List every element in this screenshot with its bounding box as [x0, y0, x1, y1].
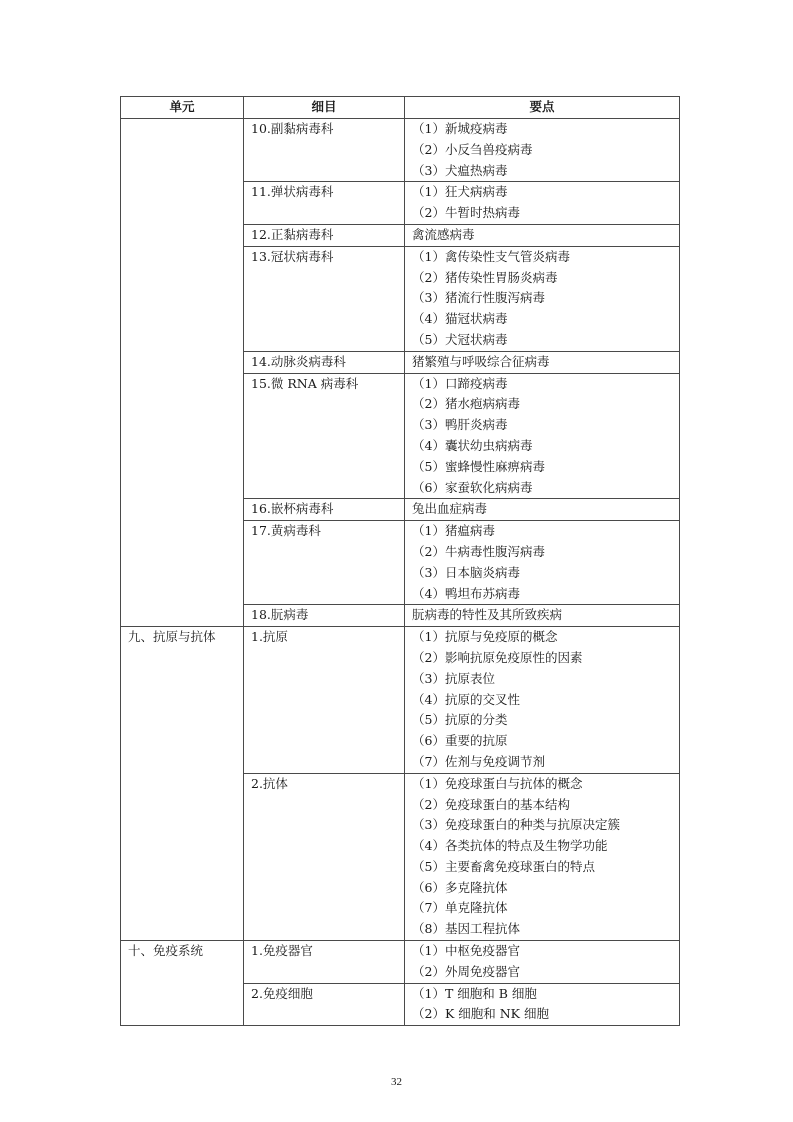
syllabus-table: 单元 细目 要点 10.副黏病毒科（1）新城疫病毒（2）小反刍兽疫病毒（3）犬瘟… — [120, 96, 680, 1026]
points-cell: （1）猪瘟病毒（2）牛病毒性腹泻病毒（3）日本脑炎病毒（4）鸭坦布苏病毒 — [405, 521, 680, 605]
header-item: 细目 — [244, 97, 405, 119]
point-item: （1）T 细胞和 B 细胞 — [412, 984, 679, 1005]
item-cell: 14.动脉炎病毒科 — [244, 351, 405, 373]
item-cell: 1.抗原 — [244, 627, 405, 774]
point-item: （1）口蹄疫病毒 — [412, 374, 679, 395]
point-item: （2）外周免疫器官 — [412, 962, 679, 983]
point-item: （6）多克隆抗体 — [412, 878, 679, 899]
point-item: （2）猪传染性胃肠炎病毒 — [412, 268, 679, 289]
points-cell: （1）T 细胞和 B 细胞（2）K 细胞和 NK 细胞 — [405, 983, 680, 1026]
point-item: （2）猪水疱病病毒 — [412, 394, 679, 415]
header-points: 要点 — [405, 97, 680, 119]
unit-cell — [121, 119, 244, 627]
point-item: （2）牛病毒性腹泻病毒 — [412, 542, 679, 563]
points-cell: 猪繁殖与呼吸综合征病毒 — [405, 351, 680, 373]
point-item: （3）日本脑炎病毒 — [412, 563, 679, 584]
points-cell: （1）中枢免疫器官（2）外周免疫器官 — [405, 941, 680, 984]
point-item: 兔出血症病毒 — [412, 499, 679, 520]
point-item: 禽流感病毒 — [412, 225, 679, 246]
point-item: （3）猪流行性腹泻病毒 — [412, 288, 679, 309]
point-item: （6）重要的抗原 — [412, 731, 679, 752]
point-item: （1）中枢免疫器官 — [412, 941, 679, 962]
point-item: （3）犬瘟热病毒 — [412, 161, 679, 182]
unit-cell: 九、抗原与抗体 — [121, 627, 244, 941]
points-cell: （1）狂犬病病毒（2）牛暂时热病毒 — [405, 182, 680, 225]
point-item: （4）囊状幼虫病病毒 — [412, 436, 679, 457]
item-cell: 17.黄病毒科 — [244, 521, 405, 605]
point-item: （1）抗原与免疫原的概念 — [412, 627, 679, 648]
points-cell: （1）新城疫病毒（2）小反刍兽疫病毒（3）犬瘟热病毒 — [405, 119, 680, 182]
item-cell: 18.朊病毒 — [244, 605, 405, 627]
point-item: （2）小反刍兽疫病毒 — [412, 140, 679, 161]
point-item: （1）猪瘟病毒 — [412, 521, 679, 542]
header-row: 单元 细目 要点 — [121, 97, 680, 119]
item-cell: 12.正黏病毒科 — [244, 224, 405, 246]
item-cell: 10.副黏病毒科 — [244, 119, 405, 182]
points-cell: 禽流感病毒 — [405, 224, 680, 246]
point-item: 猪繁殖与呼吸综合征病毒 — [412, 352, 679, 373]
page-number: 32 — [0, 1076, 793, 1088]
item-cell: 13.冠状病毒科 — [244, 246, 405, 351]
table-row: 十、免疫系统1.免疫器官（1）中枢免疫器官（2）外周免疫器官 — [121, 941, 680, 984]
point-item: （3）免疫球蛋白的种类与抗原决定簇 — [412, 815, 679, 836]
point-item: （1）免疫球蛋白与抗体的概念 — [412, 774, 679, 795]
point-item: （4）鸭坦布苏病毒 — [412, 584, 679, 605]
item-cell: 16.嵌杯病毒科 — [244, 499, 405, 521]
point-item: （2）牛暂时热病毒 — [412, 203, 679, 224]
point-item: （5）蜜蜂慢性麻痹病毒 — [412, 457, 679, 478]
item-cell: 2.免疫细胞 — [244, 983, 405, 1026]
points-cell: 朊病毒的特性及其所致疾病 — [405, 605, 680, 627]
table-body: 10.副黏病毒科（1）新城疫病毒（2）小反刍兽疫病毒（3）犬瘟热病毒11.弹状病… — [121, 119, 680, 1026]
item-cell: 11.弹状病毒科 — [244, 182, 405, 225]
points-cell: （1）口蹄疫病毒（2）猪水疱病病毒（3）鸭肝炎病毒（4）囊状幼虫病病毒（5）蜜蜂… — [405, 373, 680, 499]
point-item: （2）K 细胞和 NK 细胞 — [412, 1004, 679, 1025]
unit-cell: 十、免疫系统 — [121, 941, 244, 1026]
point-item: （2）影响抗原免疫原性的因素 — [412, 648, 679, 669]
point-item: （7）佐剂与免疫调节剂 — [412, 752, 679, 773]
point-item: （2）免疫球蛋白的基本结构 — [412, 795, 679, 816]
point-item: （8）基因工程抗体 — [412, 919, 679, 940]
point-item: （6）家蚕软化病病毒 — [412, 478, 679, 499]
point-item: （5）抗原的分类 — [412, 710, 679, 731]
point-item: （1）狂犬病病毒 — [412, 182, 679, 203]
point-item: 朊病毒的特性及其所致疾病 — [412, 605, 679, 626]
table-row: 九、抗原与抗体1.抗原（1）抗原与免疫原的概念（2）影响抗原免疫原性的因素（3）… — [121, 627, 680, 774]
point-item: （4）各类抗体的特点及生物学功能 — [412, 836, 679, 857]
point-item: （5）犬冠状病毒 — [412, 330, 679, 351]
item-cell: 2.抗体 — [244, 773, 405, 940]
header-unit: 单元 — [121, 97, 244, 119]
points-cell: （1）抗原与免疫原的概念（2）影响抗原免疫原性的因素（3）抗原表位（4）抗原的交… — [405, 627, 680, 774]
point-item: （7）单克隆抗体 — [412, 898, 679, 919]
point-item: （5）主要畜禽免疫球蛋白的特点 — [412, 857, 679, 878]
points-cell: 兔出血症病毒 — [405, 499, 680, 521]
table-row: 10.副黏病毒科（1）新城疫病毒（2）小反刍兽疫病毒（3）犬瘟热病毒 — [121, 119, 680, 182]
point-item: （4）抗原的交叉性 — [412, 690, 679, 711]
point-item: （3）抗原表位 — [412, 669, 679, 690]
point-item: （3）鸭肝炎病毒 — [412, 415, 679, 436]
point-item: （1）新城疫病毒 — [412, 119, 679, 140]
item-cell: 15.微 RNA 病毒科 — [244, 373, 405, 499]
item-cell: 1.免疫器官 — [244, 941, 405, 984]
point-item: （4）猫冠状病毒 — [412, 309, 679, 330]
points-cell: （1）禽传染性支气管炎病毒（2）猪传染性胃肠炎病毒（3）猪流行性腹泻病毒（4）猫… — [405, 246, 680, 351]
point-item: （1）禽传染性支气管炎病毒 — [412, 247, 679, 268]
points-cell: （1）免疫球蛋白与抗体的概念（2）免疫球蛋白的基本结构（3）免疫球蛋白的种类与抗… — [405, 773, 680, 940]
